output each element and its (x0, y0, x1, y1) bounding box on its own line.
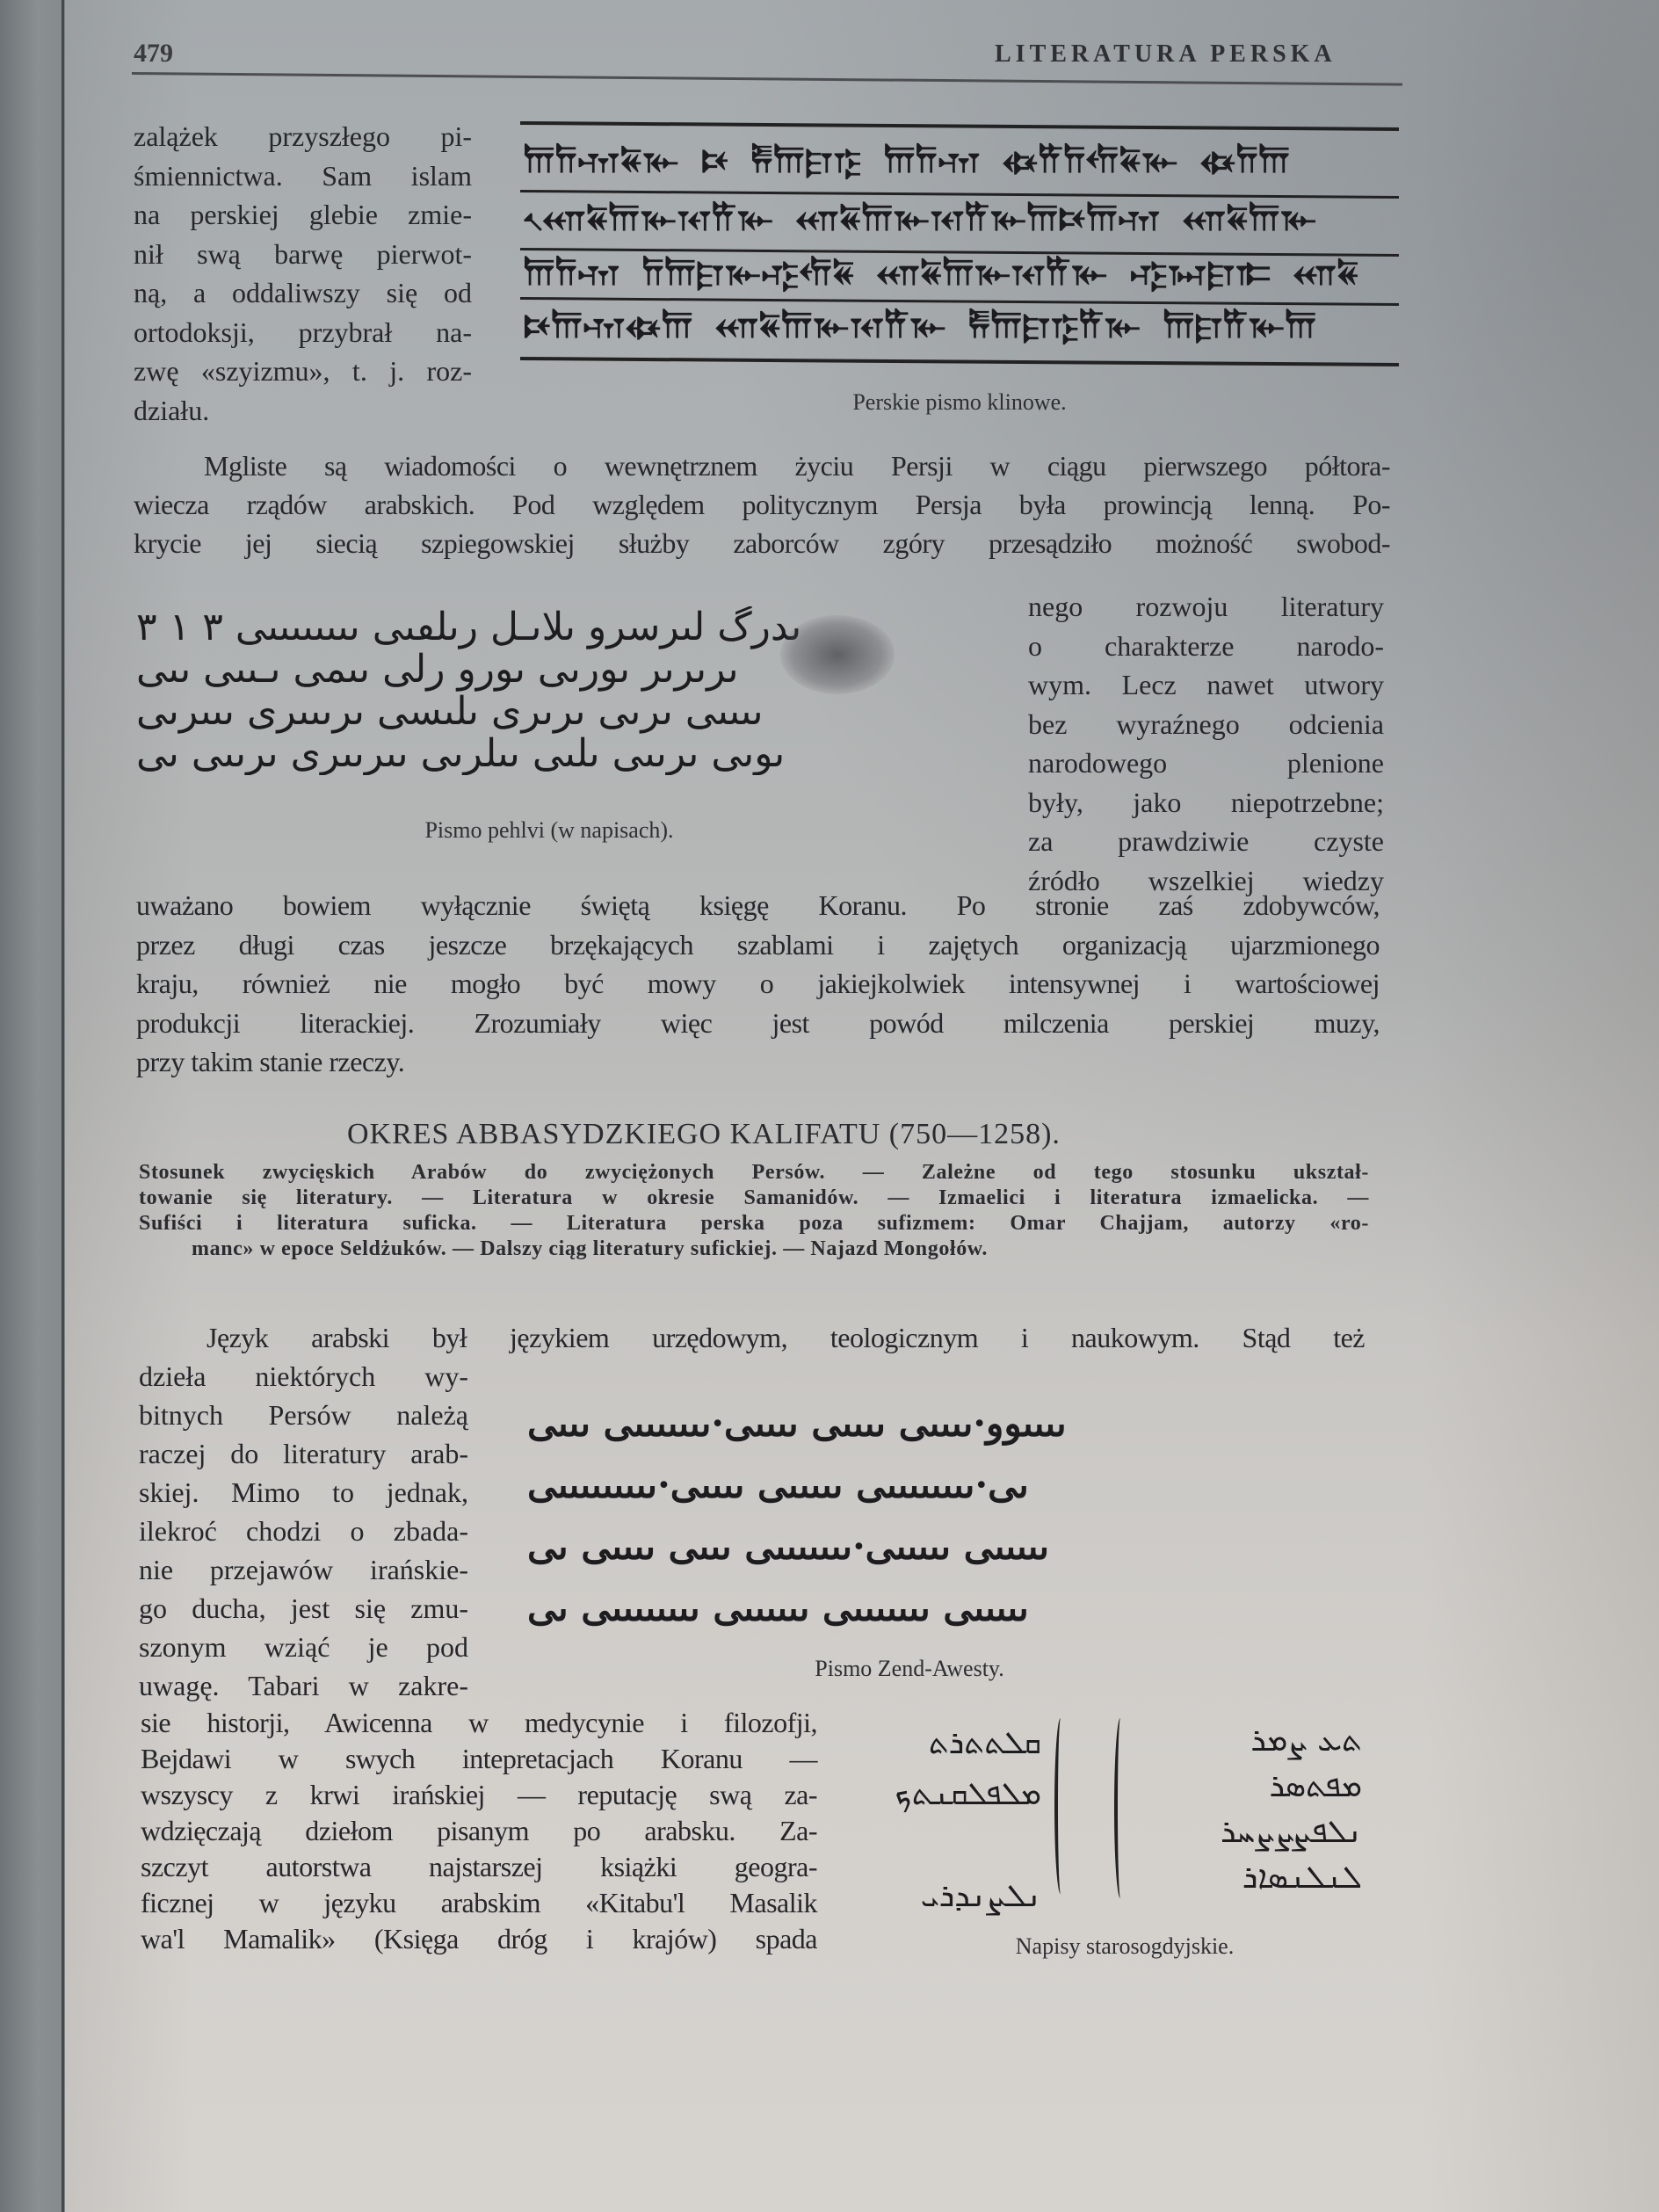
text-line: nił swą barwę pierwot- (134, 235, 472, 274)
paragraph-mgliste: Mgliste są wiadomości o wewnętrznem życi… (134, 446, 1390, 562)
figure-rule (520, 357, 1399, 366)
figure-caption-sogdian: Napisy starosogdyjskie. (879, 1933, 1371, 1960)
paragraph-jezyk-lower: sie historji, Awicenna w medycynie i fil… (141, 1705, 817, 1957)
text-line: raczej do literatury arab- (139, 1434, 468, 1473)
sogdian-row: ܡܦܬܣܪ (1142, 1764, 1362, 1809)
cuneiform-row: 𐎠𐎭𐎶𐏁𐎹 𐎴 𐎱𐎠𐎼𐎿 𐎠𐎭𐎶 𐏃𐎡𐎭𐎢𐏁𐎹 𐏃𐎭𐎠 (524, 141, 1394, 181)
paragraph-mgliste-continuation: uważano bowiem wyłącznie świętą księgę K… (136, 886, 1380, 1082)
ink-smudge (780, 615, 895, 694)
text-line: nego rozwoju literatury (1028, 587, 1384, 627)
page-number: 479 (134, 39, 173, 69)
summary-line: Stosunek zwycięskich Arabów do zwyciężon… (139, 1160, 1369, 1186)
text-line: go ducha, jest się zmu- (139, 1589, 468, 1628)
running-title: LITERATURA PERSKA (995, 40, 1337, 69)
text-line: Mgliste są wiadomości o wewnętrznem życi… (134, 446, 1390, 485)
text-line: bitnych Persów należą (139, 1396, 468, 1434)
figure-caption-pehlevi: Pismo pehlvi (w napisach). (136, 817, 962, 844)
section-heading: OKRES ABBASYDZKIEGO KALIFATU (750—1258). (347, 1118, 1061, 1151)
sogdian-row (839, 1820, 1041, 1871)
figure-caption-cuneiform: Perskie pismo klinowe. (520, 389, 1399, 416)
figure-cuneiform: 𐎠𐎭𐎶𐏁𐎹 𐎴 𐎱𐎠𐎼𐎿 𐎠𐎭𐎶 𐏃𐎡𐎭𐎢𐏁𐎹 𐏃𐎭𐎠 𐏐𐎧𐏁𐎠𐎹𐎰𐎡𐎹 𐎧𐏁𐎠… (520, 121, 1399, 367)
summary-line: Sufiści i literatura suficka. — Literatu… (139, 1211, 1369, 1237)
zend-row: ىىىىوو·ىىىىى ىىىىى ىىىىى·ىىىىىىىى ىىىى (527, 1393, 1380, 1454)
text-line: przy takim stanie rzeczy. (136, 1042, 1380, 1082)
text-line: ną, a oddaliwszy się od (134, 273, 472, 313)
text-line: uważano bowiem wyłącznie świętą księgę K… (136, 886, 1380, 925)
summary-line: manc» w epoce Seldżuków. — Dalszy ciąg l… (139, 1237, 1272, 1262)
book-spine (0, 0, 63, 2212)
paragraph-jezyk-first-line: Język arabski był językiem urzędowym, te… (206, 1318, 1365, 1357)
section-summary: Stosunek zwycięskich Arabów do zwyciężon… (139, 1160, 1369, 1262)
text-line: Język arabski był językiem urzędowym, te… (206, 1318, 1365, 1357)
text-line: zalążek przyszłego pi- (134, 117, 472, 156)
text-line: produkcji literackiej. Zrozumiały więc j… (136, 1004, 1380, 1043)
text-line: za prawdziwie czyste (1028, 822, 1384, 861)
text-line: bez wyraźnego odcienia (1028, 705, 1384, 744)
text-line: wa'l Mamalik» (Księga dróg i krajów) spa… (141, 1921, 817, 1957)
sogdian-row: ܢܠܨܢܕܪܝ (839, 1871, 1041, 1922)
text-line: ficznej w języku arabskim «Kitabu'l Masa… (141, 1885, 817, 1921)
cuneiform-row: 𐏐𐎧𐏁𐎠𐎹𐎰𐎡𐎹 𐎧𐏁𐎠𐎹𐎰𐎡𐎹𐎠𐎴𐎠𐎶 𐎧𐏁𐎠𐎹 (524, 199, 1394, 239)
sogdian-row: ܢܠܦܨܨܨܚܪ (1142, 1809, 1362, 1855)
text-line: Bejdawi w swych intepretacjach Koranu — (141, 1741, 817, 1777)
text-line: przez długi czas jeszcze brzękających sz… (136, 925, 1380, 965)
paragraph-mgliste-right-column: nego rozwoju literatury o charakterze na… (1028, 587, 1384, 900)
figure-rule (520, 297, 1399, 306)
text-line: były, jako niepotrzebne; (1028, 783, 1384, 823)
text-line: szczyt autorstwa najstarszej książki geo… (141, 1849, 817, 1885)
intro-column: zalążek przyszłego pi- śmiennictwa. Sam … (134, 117, 472, 430)
text-line: działu. (134, 391, 472, 431)
text-line: krycie jej siecią szpiegowskiej służby z… (134, 524, 1390, 562)
zend-row: ىى·ىىىىىىىىى ىىىىىى ىىىىى·ىىىىىىىىىى (527, 1454, 1380, 1516)
zend-row: ىىىىىى ىىىىىى·ىىىىىىىى ىىىى ىىىىى ىى (527, 1516, 1380, 1577)
page-edge-line (62, 0, 64, 2212)
figure-caption-zend: Pismo Zend-Awesty. (527, 1656, 1292, 1682)
text-line: wdzięczają dziełom pisanym po arabsku. Z… (141, 1813, 817, 1849)
text-line: śmiennictwa. Sam islam (134, 156, 472, 196)
figure-zend: ىىىىوو·ىىىىى ىىىىى ىىىىى·ىىىىىىىى ىىىى ى… (527, 1393, 1380, 1639)
cuneiform-row: 𐎠𐎭𐎶 𐎭𐎠𐎼𐎹𐎺𐎢𐏁 𐎧𐏁𐎠𐎹𐎰𐎡𐎹 𐎺𐏀𐎼𐎣 𐎧𐏁 (524, 253, 1394, 294)
text-line: skiej. Mimo to jednak, (139, 1473, 468, 1512)
text-line: dzieła niektórych wy- (139, 1357, 468, 1396)
text-line: wym. Lecz nawet utwory (1028, 665, 1384, 705)
text-line: uwagę. Tabari w zakre- (139, 1666, 468, 1705)
text-line: ilekroć chodzi o zbada- (139, 1512, 468, 1550)
paragraph-jezyk-left-column: dzieła niektórych wy- bitnych Persów nal… (139, 1357, 468, 1705)
text-line: szonym wziąć je pod (139, 1628, 468, 1666)
text-line: sie historji, Awicenna w medycynie i fil… (141, 1705, 817, 1741)
sogdian-row: ܬܥ ܨܡܪ (1142, 1718, 1362, 1764)
cuneiform-row: 𐎴𐎠𐎶𐏃𐎠 𐎧𐏁𐎠𐎹𐎰𐎡𐎹 𐎱𐎠𐎼𐎿𐎡𐎹 𐎠𐎼𐎡𐎹𐎠 (524, 306, 1394, 346)
figure-rule (520, 190, 1399, 199)
text-line: o charakterze narodo- (1028, 627, 1384, 666)
text-line: ortodoksji, przybrał na- (134, 313, 472, 352)
text-line: kraju, również nie mogło być mowy o jaki… (136, 964, 1380, 1004)
figure-rule (520, 121, 1399, 131)
sogdian-row: ܡܠܦܠܩܢܬܟ (839, 1769, 1041, 1820)
text-line: nie przejawów irańskie- (139, 1550, 468, 1589)
sogdian-row: ܩܠܬܬܪܬ (839, 1718, 1041, 1769)
sogdian-divider-left (1054, 1718, 1067, 1894)
text-line: narodowego plenione (1028, 743, 1384, 783)
figure-sogdian-left: ܩܠܬܬܪܬ ܡܠܦܠܩܢܬܟ ܢܠܨܢܕܪܝ (839, 1718, 1041, 1922)
text-line: zwę «szyizmu», t. j. roz- (134, 352, 472, 391)
figure-sogdian-right: ܬܥ ܨܡܪ ܡܦܬܣܪ ܢܠܦܨܨܨܚܪ ܠܢܠܢܣܐܪ (1142, 1718, 1362, 1901)
zend-row: ىىىىىى ىىىىىىىى ىىىىىىى ىىىىىىىىى ىى (527, 1577, 1380, 1639)
pehlevi-row: ىوىى ىرىىى ىلىى ىىلرىى ىىرىىرى ىرىىى ىى (136, 733, 997, 775)
text-line: na perskiej glebie zmie- (134, 195, 472, 235)
sogdian-divider-right (1114, 1718, 1127, 1898)
summary-line: towanie się literatury. — Literatura w o… (139, 1186, 1369, 1211)
text-line: wiecza rządów arabskich. Pod względem po… (134, 485, 1390, 524)
sogdian-row: ܠܢܠܢܣܐܪ (1142, 1855, 1362, 1901)
text-line: wszyscy z krwi irańskiej — reputację swą… (141, 1777, 817, 1813)
pehlevi-row: ىىىىى ىرىى ىرىرى ىلىسى ىرىىىرى ىىىرىى (136, 691, 997, 733)
